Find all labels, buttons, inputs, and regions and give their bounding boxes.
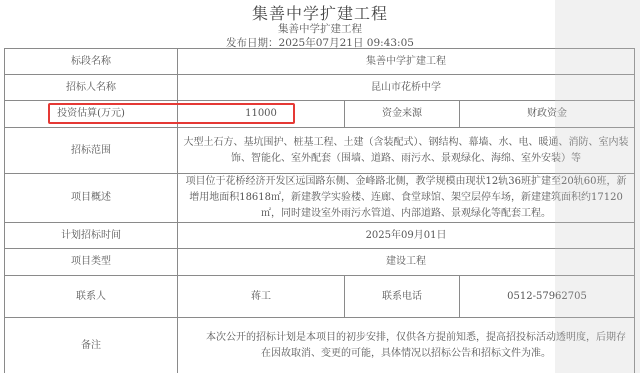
overview-label: 项目概述 <box>5 174 178 223</box>
investment-label: 投资估算(万元) <box>5 101 178 128</box>
overview-value: 项目位于花桥经济开发区远国路东侧、金峰路北侧，教学规模由现状12轨36班扩建至2… <box>178 174 635 223</box>
row-investment: 投资估算(万元) 11000 资金来源 财政资金 <box>5 101 635 128</box>
phone-value: 0512-57962705 <box>460 276 635 318</box>
phone-label: 联系电话 <box>345 276 460 318</box>
page-subtitle: 集善中学扩建工程 <box>0 21 640 36</box>
project-type-value: 建设工程 <box>178 249 635 276</box>
scope-label: 招标范围 <box>5 128 178 174</box>
remarks-label: 备注 <box>5 318 178 373</box>
row-remarks: 备注 本次公开的招标计划是本项目的初步安排，仅供各方提前知悉，提高招投标活动透明… <box>5 318 635 373</box>
investment-value: 11000 <box>178 101 345 128</box>
contact-label: 联系人 <box>5 276 178 318</box>
row-section-name: 标段名称 集善中学扩建工程 <box>5 49 635 75</box>
project-type-label: 项目类型 <box>5 249 178 276</box>
contact-value: 蒋工 <box>178 276 345 318</box>
row-contact: 联系人 蒋工 联系电话 0512-57962705 <box>5 276 635 318</box>
row-scope: 招标范围 大型土石方、基坑围护、桩基工程、土建（含装配式）、钢结构、幕墙、水、电… <box>5 128 635 174</box>
tender-info-table: 标段名称 集善中学扩建工程 招标人名称 昆山市花桥中学 投资估算(万元) 110… <box>4 48 635 373</box>
row-overview: 项目概述 项目位于花桥经济开发区远国路东侧、金峰路北侧，教学规模由现状12轨36… <box>5 174 635 223</box>
fund-source-label: 资金来源 <box>345 101 460 128</box>
planned-time-label: 计划招标时间 <box>5 223 178 249</box>
row-tenderer: 招标人名称 昆山市花桥中学 <box>5 75 635 101</box>
fund-source-value: 财政资金 <box>460 101 635 128</box>
row-project-type: 项目类型 建设工程 <box>5 249 635 276</box>
remarks-value: 本次公开的招标计划是本项目的初步安排，仅供各方提前知悉，提高招投标活动透明度，后… <box>178 318 635 373</box>
section-name-value: 集善中学扩建工程 <box>178 49 635 75</box>
section-name-label: 标段名称 <box>5 49 178 75</box>
row-planned-time: 计划招标时间 2025年09月01日 <box>5 223 635 249</box>
tenderer-value: 昆山市花桥中学 <box>178 75 635 101</box>
scope-value: 大型土石方、基坑围护、桩基工程、土建（含装配式）、钢结构、幕墙、水、电、暖通、消… <box>178 128 635 174</box>
planned-time-value: 2025年09月01日 <box>178 223 635 249</box>
tenderer-label: 招标人名称 <box>5 75 178 101</box>
